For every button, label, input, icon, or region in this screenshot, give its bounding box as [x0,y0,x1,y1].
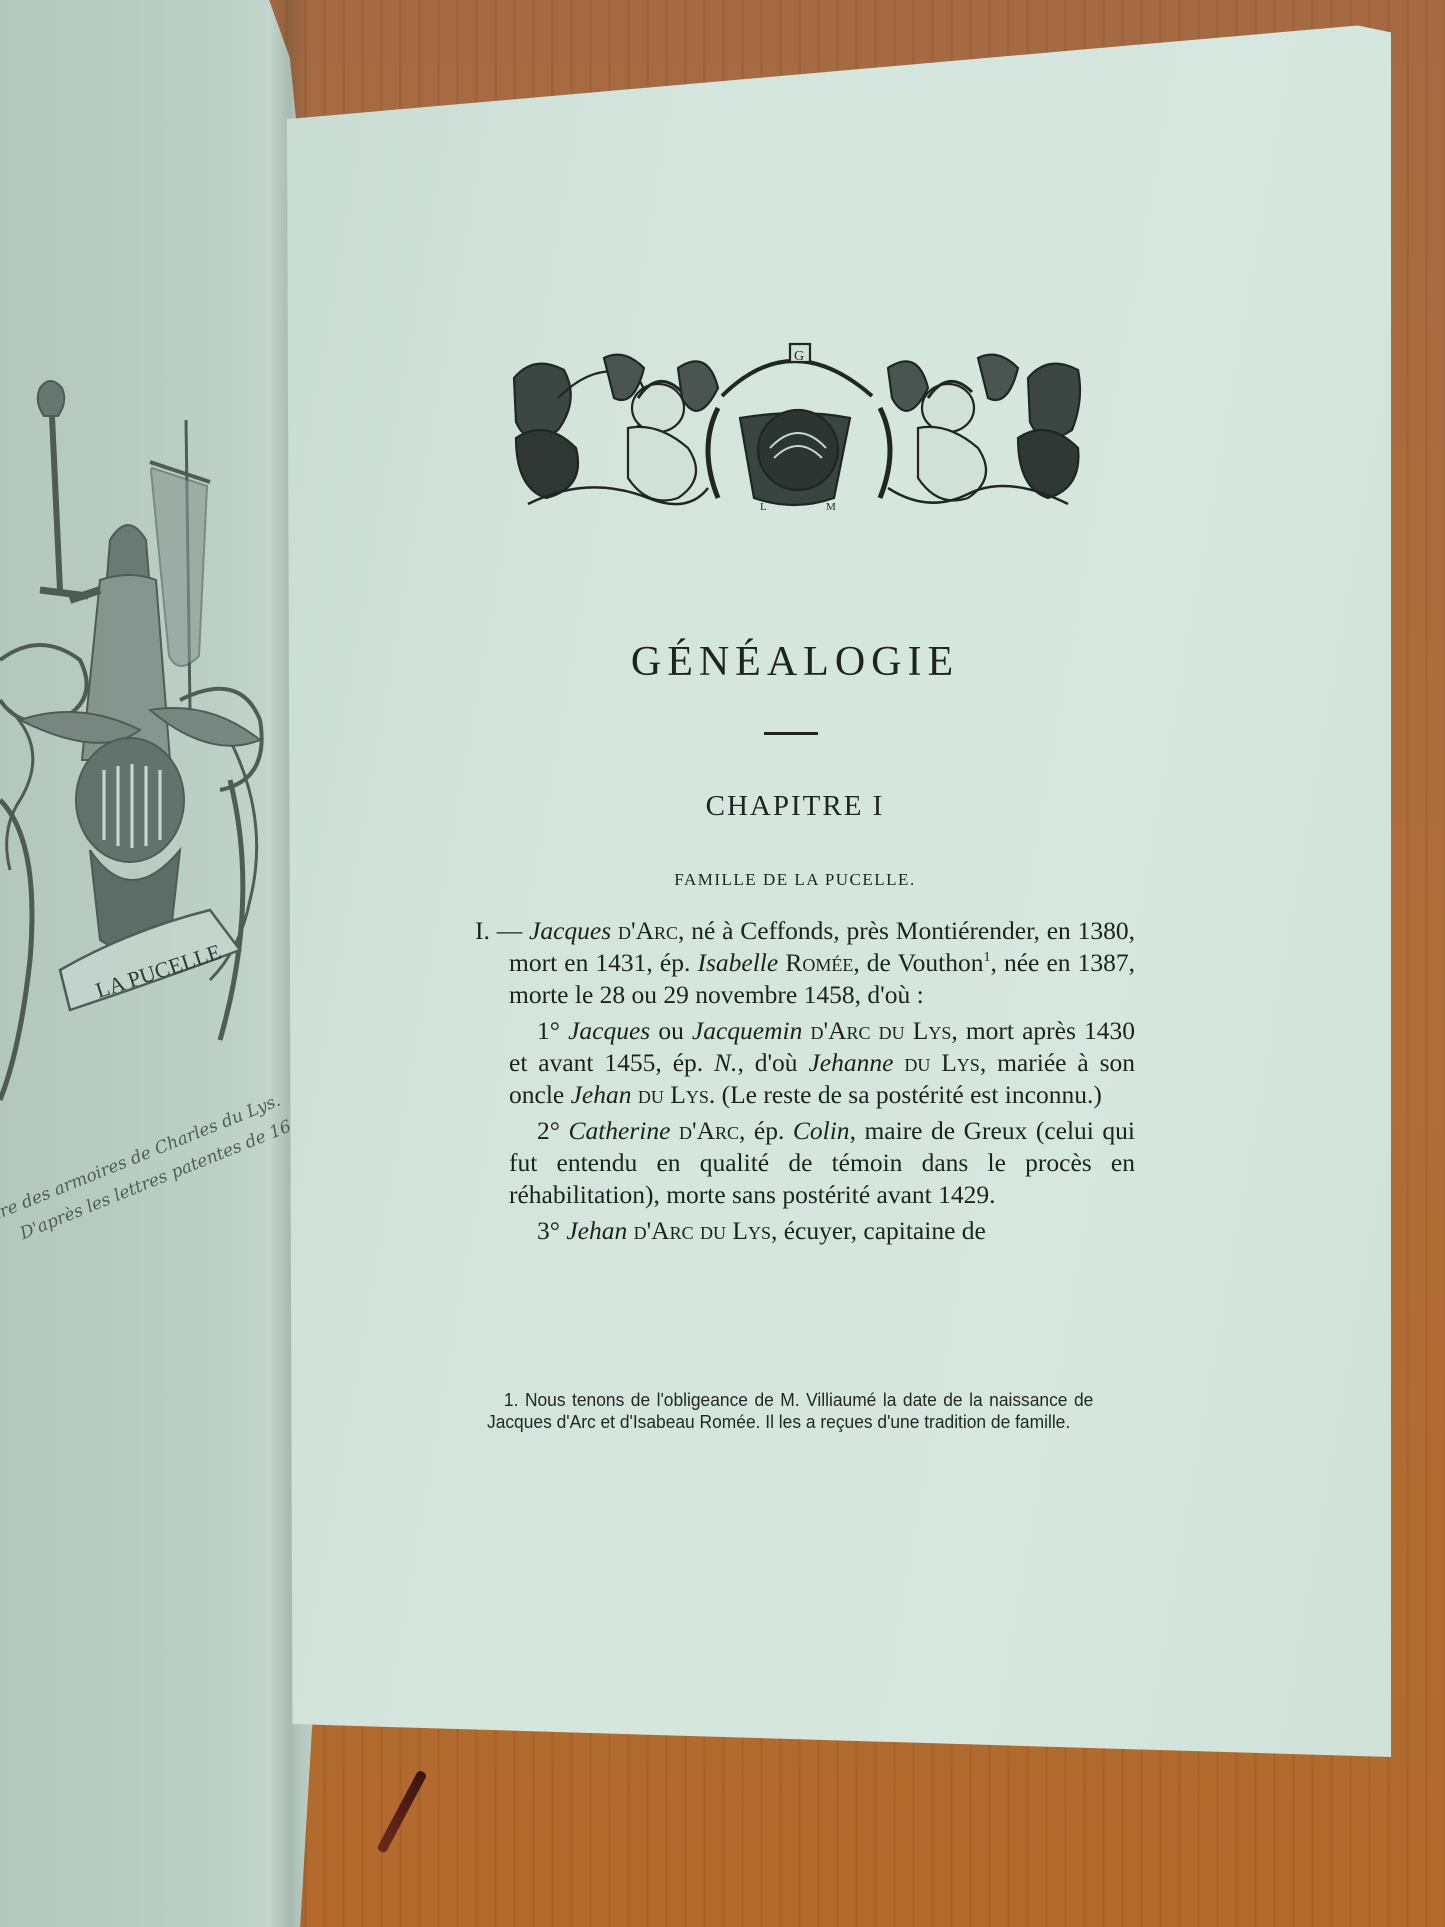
child-name: Jehanne [808,1048,893,1077]
entry-number: I. — [475,916,522,945]
chapter-title: CHAPITRE I [560,790,1030,823]
person-surname: d'Arc du Lys [811,1016,952,1045]
page-title: GÉNÉALOGIE [560,638,1030,686]
ornament-monogram: G [794,349,804,364]
footnote: 1. Nous tenons de l'obligeance de M. Vil… [487,1389,1093,1433]
ornament-signature-l: L [760,501,767,513]
armorial-engraving: LA PUCELLE [0,380,290,1140]
bookmark-ribbon[interactable] [376,1770,427,1854]
person-alt-name: Jacquemin [692,1016,802,1045]
entry-jacques-darc: I. — Jacques d'Arc, né à Ceffonds, près … [475,915,1135,1011]
person-name: Jacques [568,1016,650,1045]
person-surname: d'Arc [618,916,678,945]
title-divider [764,732,818,735]
entry-number: 1° [537,1016,560,1045]
spouse-name: N. [714,1048,737,1077]
person-surname: d'Arc du Lys [634,1216,771,1245]
person-surname: d'Arc [679,1116,739,1145]
spouse-surname: Romée [785,948,853,977]
entry-jacquemin: 1° Jacques ou Jacquemin d'Arc du Lys, mo… [475,1015,1135,1111]
spouse-name: Isabelle [697,948,778,977]
chapter-subtitle: FAMILLE DE LA PUCELLE. [560,870,1030,890]
person-name: Catherine [568,1116,670,1145]
entry-number: 3° [537,1216,560,1245]
person-name: Jacques [529,916,611,945]
photo-scene: LA PUCELLE ...hre des armoires de Charle… [0,0,1445,1927]
person-name: Jehan [566,1216,627,1245]
ornamental-headpiece: G L M [508,338,1086,516]
spouse-name: Colin [793,1116,850,1145]
uncle-name: Jehan [571,1080,632,1109]
ornament-signature-m: M [826,501,836,513]
entry-jehan: 3° Jehan d'Arc du Lys, écuyer, capitaine… [475,1215,1135,1247]
footnote-text: Nous tenons de l'obligeance de M. Villia… [487,1389,1093,1432]
entry-catherine: 2° Catherine d'Arc, ép. Colin, maire de … [475,1115,1135,1211]
footnote-number: 1. [504,1389,519,1410]
entry-number: 2° [537,1116,560,1145]
genealogy-body: I. — Jacques d'Arc, né à Ceffonds, près … [475,915,1135,1251]
